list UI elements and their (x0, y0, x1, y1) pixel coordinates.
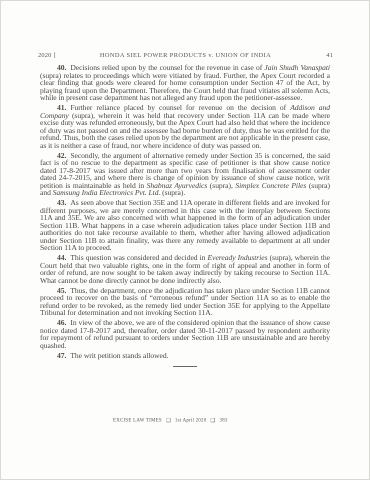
footer-journal-name: EXCISE LAW TIMES (113, 419, 162, 424)
body-text: (supra), (207, 181, 235, 190)
paragraph-47: 47.The writ petition stands allowed. (40, 352, 330, 360)
body-text: (supra), wherein it was held that recove… (40, 111, 330, 150)
paragraph-43: 43.As seen above that Section 35E and 11… (40, 199, 330, 252)
paragraph-46: 46.In view of the above, we are of the c… (40, 319, 330, 349)
paragraph-number: 47. (57, 351, 66, 360)
square-bullet-icon: ❑ (166, 418, 171, 424)
header-page-number: 41 (289, 52, 333, 59)
header-year: 2020 ] (38, 52, 82, 59)
paragraph-45: 45.Thus, the department, once the adjudi… (40, 287, 330, 317)
body-text: (supra) relates to proceedings which wer… (40, 71, 330, 103)
case-name: Samsung India Electronics Pvt. Ltd. (53, 188, 161, 197)
footer-page-number: 383 (220, 419, 228, 424)
paragraphs: 40.Decisions relied upon by the counsel … (40, 64, 330, 359)
body-text: The writ petition stands allowed. (70, 351, 168, 360)
paragraph-42: 42.Secondly, the argument of alternative… (40, 152, 330, 197)
header-case-title: HONDA SIEL POWER PRODUCTS v. UNION OF IN… (82, 52, 289, 59)
body-text: Thus, the department, once the adjudicat… (40, 286, 330, 318)
footer-date: 1st April 2020 (175, 419, 207, 424)
page-header: 2020 ] HONDA SIEL POWER PRODUCTS v. UNIO… (38, 52, 333, 59)
paragraph-44: 44.This question was considered and deci… (40, 254, 330, 284)
paragraph-40: 40.Decisions relied upon by the counsel … (40, 64, 330, 102)
page-footer: EXCISE LAW TIMES❑1st April 2020❑383 (113, 418, 228, 424)
body-text: In view of the above, we are of the cons… (40, 318, 330, 350)
section-end-rule (173, 366, 197, 367)
body-text: As seen above that Section 35E and 11A o… (40, 198, 330, 252)
paragraph-41: 41.Further reliance placed by counsel fo… (40, 104, 330, 149)
judgment-body: 40.Decisions relied upon by the counsel … (40, 64, 330, 367)
case-name: Simplex Concrete Piles (235, 181, 306, 190)
square-bullet-icon: ❑ (210, 418, 215, 424)
body-text: (supra). (160, 188, 185, 197)
law-report-page: 2020 ] HONDA SIEL POWER PRODUCTS v. UNIO… (0, 0, 370, 480)
